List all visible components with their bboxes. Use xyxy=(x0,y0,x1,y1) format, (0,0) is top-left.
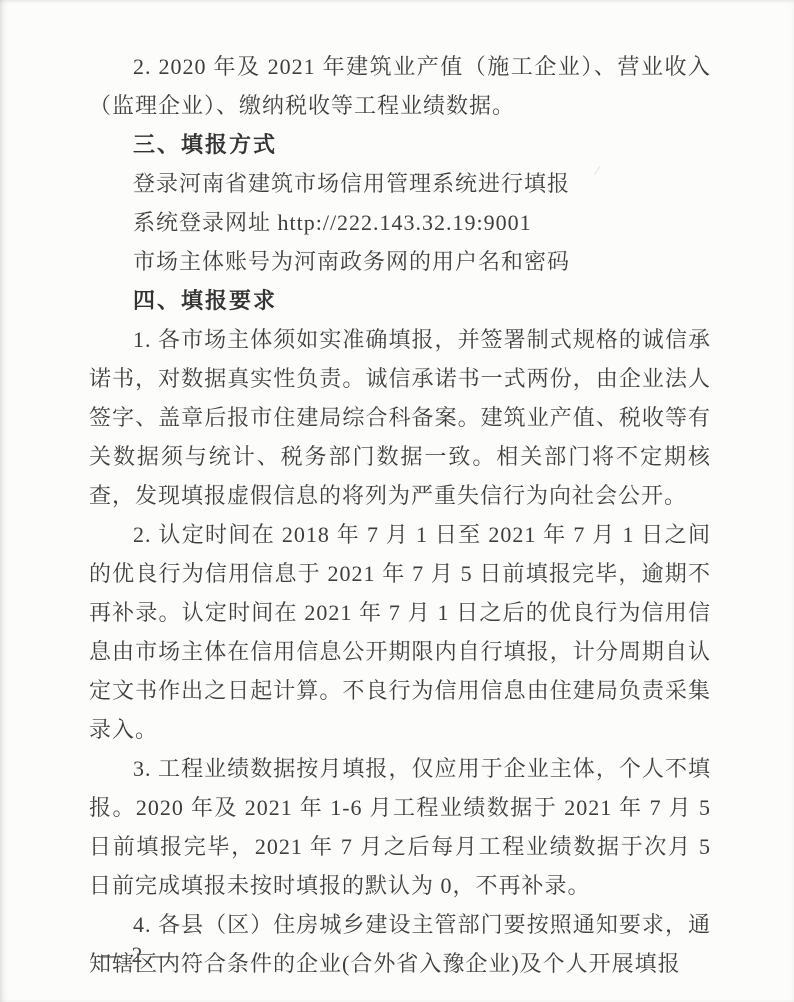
paragraph-requirement-3: 3. 工程业绩数据按月填报，仅应用于企业主体，个人不填报。2020 年及 202… xyxy=(89,749,711,905)
section-heading-3-filing-method: 三、填报方式 xyxy=(89,125,711,164)
paragraph-system-url: 系统登录网址 http://222.143.32.19:9001 xyxy=(89,203,711,242)
section-heading-4-filing-requirements: 四、填报要求 xyxy=(89,281,711,320)
paragraph-item-2-continuation: 2. 2020 年及 2021 年建筑业产值（施工企业）、营业收入（监理企业）、… xyxy=(89,47,711,125)
paragraph-requirement-2: 2. 认定时间在 2018 年 7 月 1 日至 2021 年 7 月 1 日之… xyxy=(89,515,711,749)
document-body: 2. 2020 年及 2021 年建筑业产值（施工企业）、营业收入（监理企业）、… xyxy=(89,47,711,983)
paragraph-login-system: 登录河南省建筑市场信用管理系统进行填报 xyxy=(89,164,711,203)
scanned-document-page: 2. 2020 年及 2021 年建筑业产值（施工企业）、营业收入（监理企业）、… xyxy=(0,0,794,1002)
paragraph-requirement-1: 1. 各市场主体须如实准确填报，并签署制式规格的诚信承诺书，对数据真实性负责。诚… xyxy=(89,320,711,515)
page-number: — 2 — xyxy=(100,942,176,968)
paragraph-account-info: 市场主体账号为河南政务网的用户名和密码 xyxy=(89,242,711,281)
paragraph-requirement-4: 4. 各县（区）住房城乡建设主管部门要按照通知要求，通知辖区内符合条件的企业(合… xyxy=(89,905,711,983)
